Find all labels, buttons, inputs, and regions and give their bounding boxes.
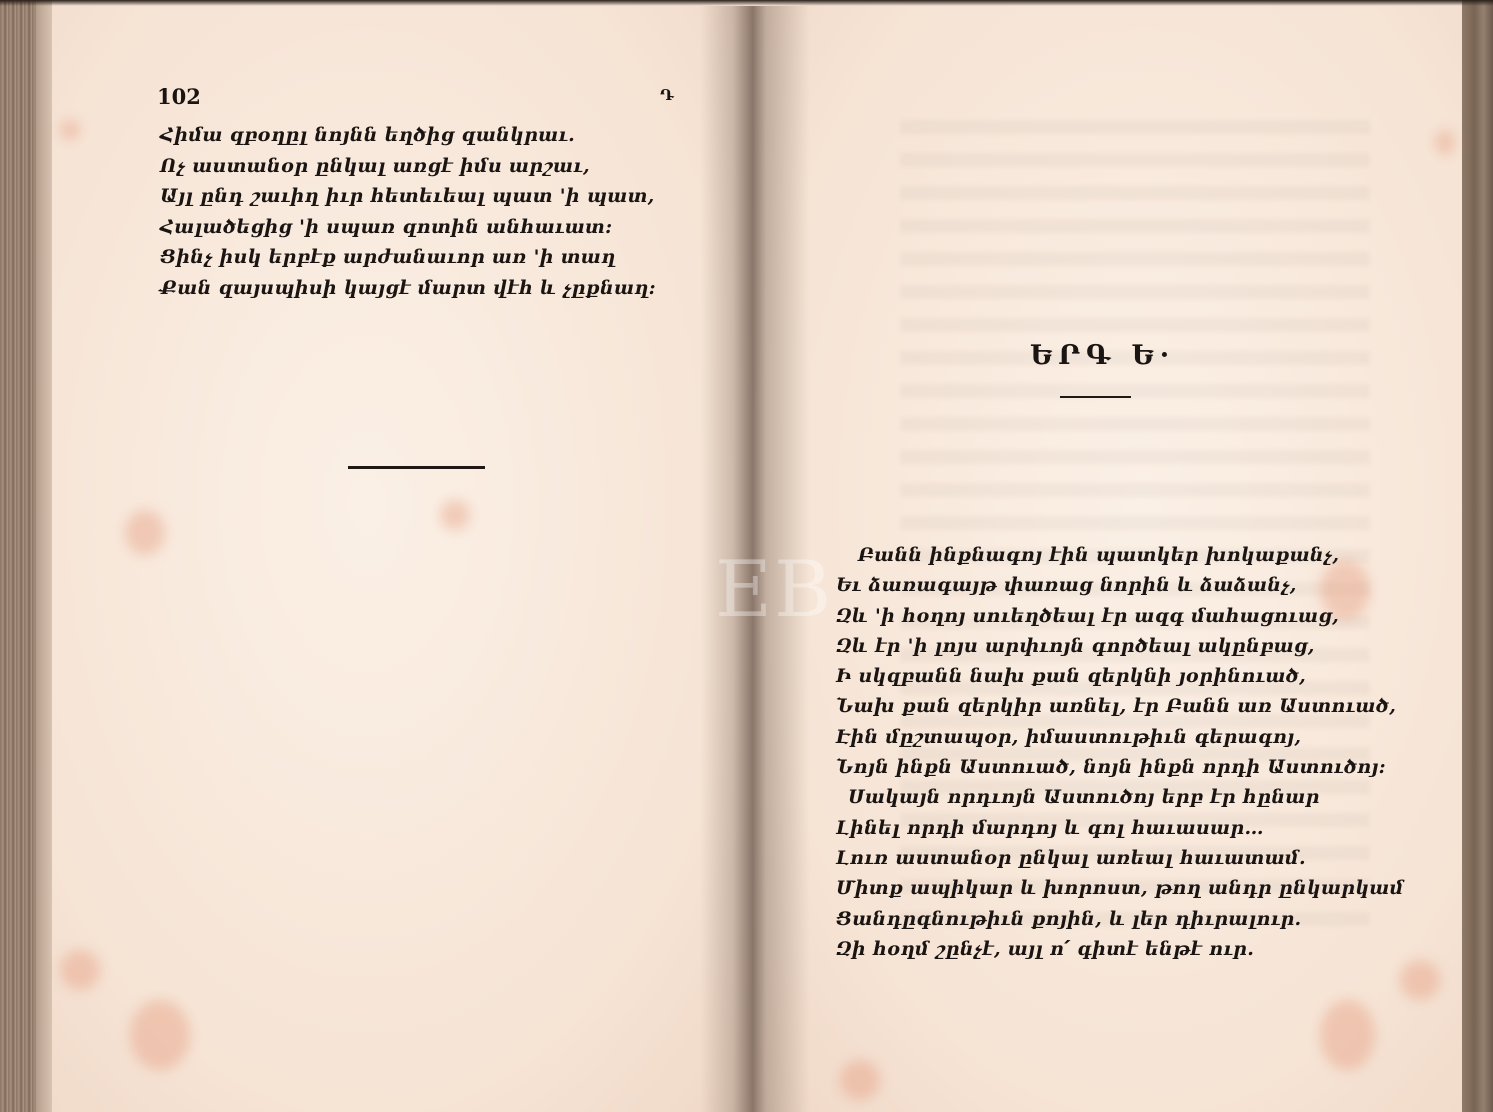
left-page-stack [36,0,52,1112]
foxing-stain [840,1060,880,1100]
verse-line: Լուռ աստանօր ընկալ առեալ հաւատամ. [836,843,1404,873]
verse-line: Հալածեցից 'ի սպառ զոտին անհաւատ: [160,212,656,243]
book-spread: 102 Դ Հիմա զբօղըլ նոյնն եղծից զանկրաւ․ Ո… [0,0,1493,1112]
title-rule [1060,396,1131,398]
foxing-stain [125,510,165,555]
verse-line: Նախ քան զերկիր առնել, էր Բանն առ Աստուած… [836,691,1404,721]
foxing-stain [60,120,80,140]
top-shadow [0,0,1493,6]
verse-line: Զև 'ի հօղոյ սուեղծեալ էր ազգ մահացուաց, [836,601,1404,631]
verse-line: Սակայն որդւոյն Աստուծոյ երբ էր հընար [836,782,1404,812]
foxing-stain [1435,130,1455,155]
right-book-edge [1462,0,1493,1112]
verse-line: Էին մըշտապօր, իմաստութիւն գերագոյ, [836,722,1404,752]
foxing-stain [1400,960,1440,1000]
verse-line: Քան զայսպիսի կայցէ մարտ վէհ և չըքնաղ: [160,273,656,304]
section-end-rule [348,466,485,469]
foxing-stain [60,950,100,990]
verse-line: Զի հօղմ շընչէ, այլ ո՛ գիտէ ենթէ ուր. [836,934,1404,964]
foxing-stain [130,1000,190,1070]
verse-line: Ցինչ իսկ երբէք արժանաւոր առ 'ի տաղ [160,242,656,273]
verse-line: Միտք ապիկար և խորոստ, թող անդր ընկարկամ [836,873,1404,903]
verse-line: Զև էր 'ի լոյս արփւոյն գործեալ ակընբաց, [836,631,1404,661]
chapter-title: ԵՐԳ Ե· [1030,340,1175,371]
verse-line: Նոյն ինքն Աստուած, նոյն ինքն որդի Աստուծ… [836,752,1404,782]
verse-line: Ոչ աստանօր ընկալ առցէ իմս արշաւ, [160,151,656,182]
verse-line: Եւ ձառագայթ փառաց նորին և ձաձանչ, [836,570,1404,600]
foxing-stain [440,500,470,530]
verse-line: Ցանդըգնութիւն քոյին, և լեր դիւրալուր. [836,904,1404,934]
left-page-verse: Հիմա զբօղըլ նոյնն եղծից զանկրաւ․ Ոչ աստա… [160,120,656,303]
foxing-stain [1320,1000,1375,1070]
watermark: EB [715,545,833,635]
verse-line: Հիմա զբօղըլ նոյնն եղծից զանկրաւ․ [160,120,656,151]
verse-line: Ի սկզբանն նախ քան զերկնի յօրինուած, [836,661,1404,691]
right-page-verse: Բանն ինքնագոյ էին պատկեր խոկաքանչ, Եւ ձա… [836,540,1404,964]
verse-line: Բանն ինքնագոյ էին պատկեր խոկաքանչ, [836,540,1404,570]
page-number: 102 [157,84,201,109]
verse-line: Այլ ընդ շաւիղ իւր հետեւեալ պատ 'ի պատ, [160,181,656,212]
verse-line: Լինել որդի մարդոյ և գոլ հաւասար… [836,813,1404,843]
running-head: Դ [660,86,674,104]
